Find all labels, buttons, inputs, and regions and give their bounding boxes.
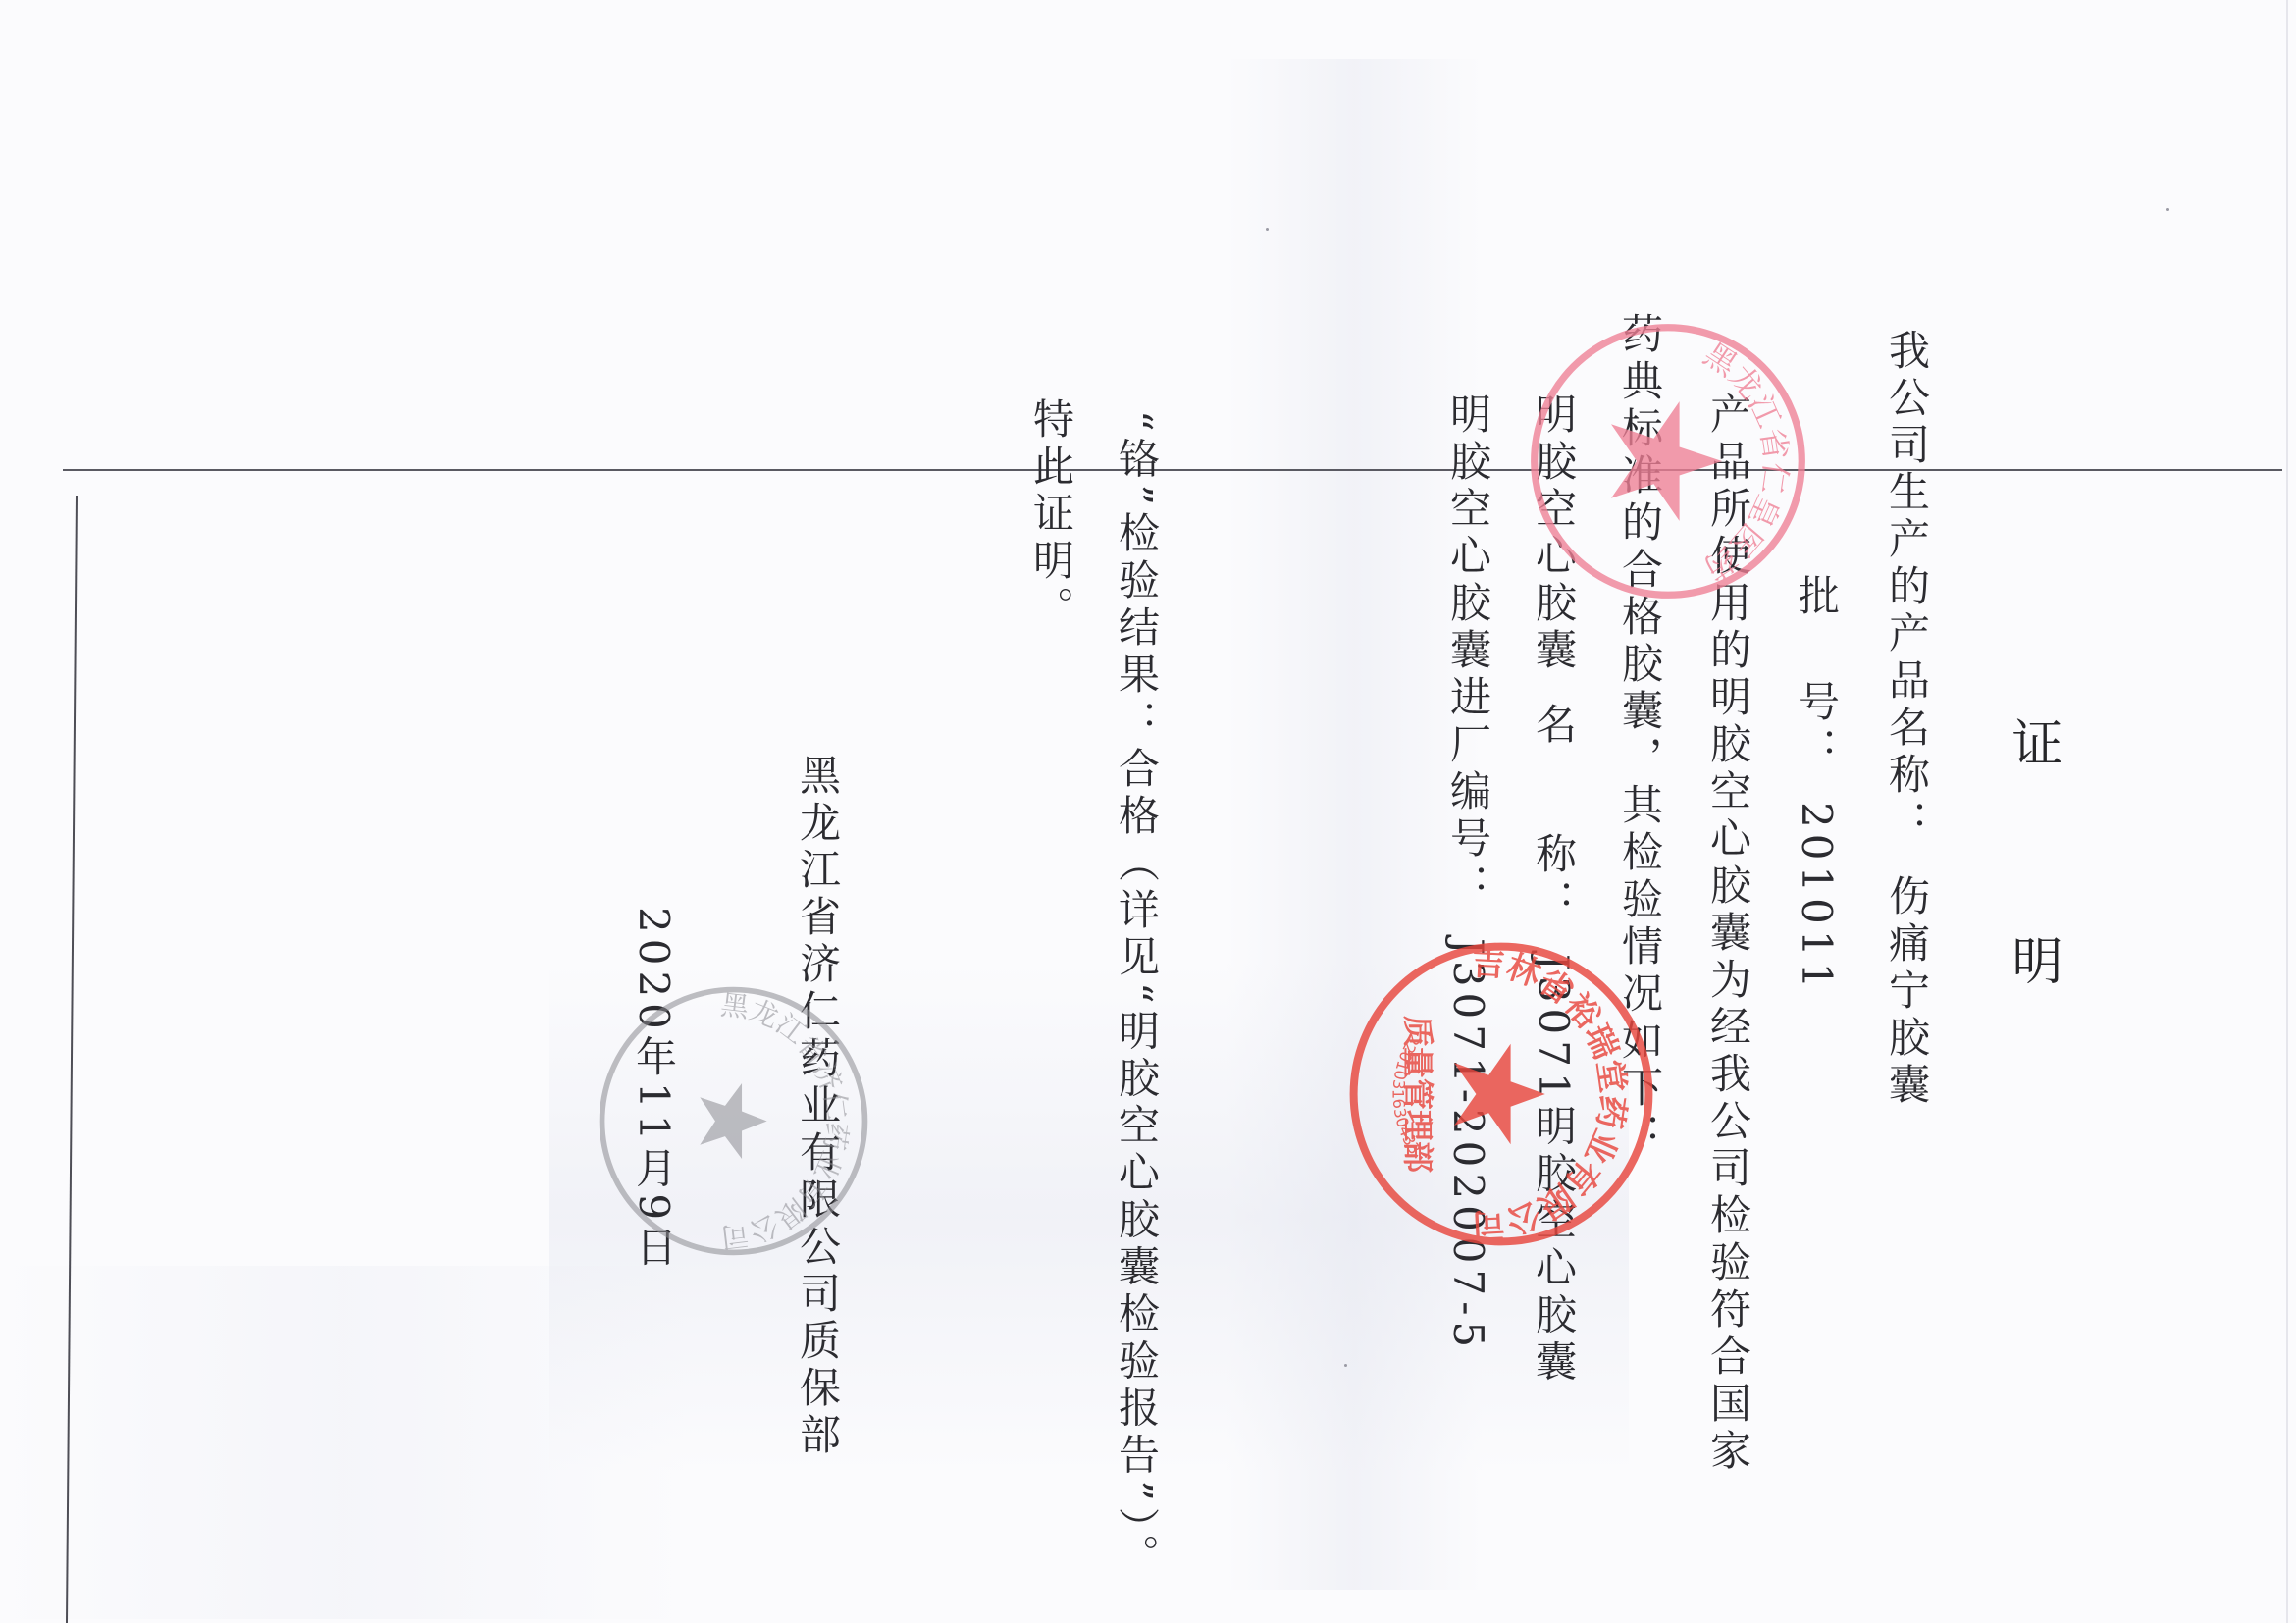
product-name-row: 我公司生产的产品名称：伤痛宁胶囊 xyxy=(1886,329,1927,1110)
capsule-name-label-part: 名 xyxy=(1530,703,1578,750)
capsule-name-label-part: 称： xyxy=(1530,832,1578,926)
batch-number-value: 201011 xyxy=(1793,802,1841,994)
scan-speck xyxy=(1344,1364,1347,1367)
title-char: 明 xyxy=(2007,934,2058,985)
fold-line xyxy=(63,469,2282,471)
scan-speck xyxy=(1266,228,1269,231)
product-name-label: 我公司生产的产品名称： xyxy=(1883,329,1931,847)
intake-number-label: 明胶空心胶囊进厂编号： xyxy=(1444,393,1492,911)
batch-label-suffix: 号： xyxy=(1793,680,1841,774)
document-title: 证明 xyxy=(2007,716,2058,985)
issue-date: 2020年11月9日 xyxy=(633,907,674,1273)
intake-number-value: J3071-202007-5 xyxy=(1444,938,1492,1353)
page-edge-line xyxy=(2286,0,2288,1623)
statement-line-2: 药典标准的合格胶囊，其检验情况如下： xyxy=(1619,312,1660,1160)
scan-shading xyxy=(0,1266,687,1619)
statement-line-1: 产品所使用的明胶空心胶囊为经我公司检验符合国家 xyxy=(1707,393,1748,1476)
batch-number-row: 批号：201011 xyxy=(1796,574,1837,994)
product-name-value: 伤痛宁胶囊 xyxy=(1883,874,1931,1110)
intake-number-row: 明胶空心胶囊进厂编号：J3071-202007-5 xyxy=(1447,393,1488,1353)
closing-statement: 特此证明。 xyxy=(1030,397,1071,633)
chromium-test-result: “铬”检验结果：合格（详见“明胶空心胶囊检验报告”）。 xyxy=(1116,410,1157,1581)
capsule-name-row: 明胶空心胶囊名称：J3071明胶空心胶囊 xyxy=(1533,393,1574,1387)
capsule-name-value: J3071明胶空心胶囊 xyxy=(1530,954,1578,1387)
scan-speck xyxy=(2166,208,2169,211)
batch-label: 批 xyxy=(1793,574,1841,621)
capsule-name-label: 明胶空心胶囊 xyxy=(1530,393,1578,675)
issuer-department: 黑龙江省济仁药业有限公司质保部 xyxy=(797,754,838,1460)
title-char: 证 xyxy=(2007,716,2058,767)
